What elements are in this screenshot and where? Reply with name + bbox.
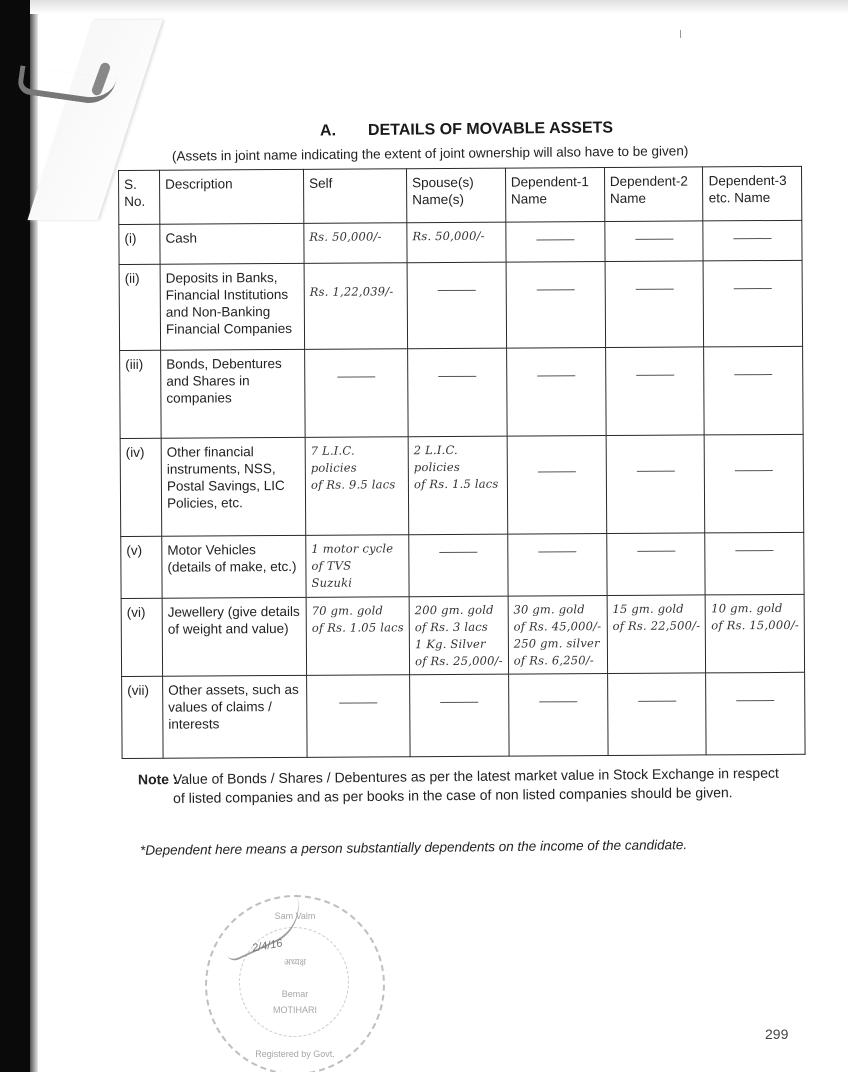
self-value: 1 motor cycle of TVS Suzuki [306, 535, 409, 598]
table-row: (iii) Bonds, Debentures and Shares in co… [120, 346, 804, 438]
section-heading: A.DETAILS OF MOVABLE ASSETS [320, 119, 613, 140]
dep1-value [506, 262, 606, 349]
dep2-value [607, 673, 706, 756]
stamp-line: MOTIHARI [207, 1005, 383, 1015]
nil-dash [737, 700, 775, 701]
dep1-value [507, 534, 606, 597]
dep3-value [704, 260, 803, 347]
hand-line: 2 L.I.C. [414, 442, 502, 460]
row-description: Motor Vehicles (details of make, etc.) [162, 535, 306, 598]
page-number: 299 [765, 1026, 788, 1042]
row-description: Other assets, such as values of claims /… [163, 675, 307, 758]
stamp-line: Bemar [207, 989, 383, 999]
dep3-value [706, 672, 805, 755]
hand-line: 1 Kg. Silver [415, 636, 503, 654]
dep2-value [605, 347, 704, 436]
self-value [305, 349, 409, 438]
spouse-value: 2 L.I.C. policies of Rs. 1.5 lacs [408, 436, 507, 535]
hand-line: of TVS [311, 557, 403, 575]
nil-dash [635, 289, 673, 290]
scan-mark [680, 30, 681, 38]
section-subtitle: (Assets in joint name indicating the ext… [172, 143, 688, 163]
dep1-value [508, 674, 607, 757]
scan-dark-edge [0, 0, 30, 1072]
hand-line: of Rs. 3 lacs [415, 619, 503, 637]
row-sno: (ii) [119, 264, 161, 350]
hand-line: 70 gm. gold [312, 602, 404, 620]
nil-dash [734, 238, 772, 239]
header-dependent-3: Dependent-3 etc. Name [703, 166, 802, 221]
table-row: (ii) Deposits in Banks, Financial Instit… [119, 260, 803, 350]
nil-dash [440, 702, 478, 703]
hand-line: of Rs. 15,000/- [711, 617, 799, 635]
hand-line: 1 motor cycle [311, 540, 403, 558]
self-value: 70 gm. gold of Rs. 1.05 lacs [306, 597, 410, 676]
nil-dash [537, 375, 575, 376]
row-sno: (iii) [120, 350, 162, 438]
hand-line: Suzuki [311, 574, 403, 592]
nil-dash [735, 470, 773, 471]
hand-line: 15 gm. gold [612, 600, 700, 618]
nil-dash [635, 239, 673, 240]
spouse-value [410, 674, 509, 757]
note-label: Note : [138, 771, 178, 787]
nil-dash [636, 375, 674, 376]
dep1-value [507, 436, 607, 535]
nil-dash [638, 701, 676, 702]
row-sno: (i) [119, 224, 160, 264]
dep1-value [506, 222, 605, 263]
hand-line: policies [414, 459, 502, 477]
dep3-value [704, 346, 803, 435]
dep2-value: 15 gm. gold of Rs. 22,500/- [607, 595, 706, 674]
table-row: (vii) Other assets, such as values of cl… [122, 672, 806, 758]
dep2-value [606, 435, 705, 534]
dep2-value [605, 261, 704, 348]
nil-dash [537, 289, 575, 290]
nil-dash [339, 702, 377, 703]
dep3-value [705, 532, 804, 595]
scan-top-shadow [30, 0, 848, 14]
row-description: Other financial instruments, NSS, Postal… [161, 437, 306, 536]
nil-dash [439, 552, 477, 553]
row-sno: (vii) [122, 676, 164, 758]
spouse-value: Rs. 50,000/- [407, 222, 506, 263]
self-value: 7 L.I.C. policies of Rs. 9.5 lacs [305, 437, 409, 536]
header-spouse: Spouse(s) Name(s) [407, 168, 506, 223]
hand-line: of Rs. 9.5 lacs [311, 476, 403, 494]
nil-dash [735, 374, 773, 375]
row-description: Bonds, Debentures and Shares in companie… [161, 349, 306, 438]
dep2-value [606, 533, 705, 596]
hand-line: 30 gm. gold [513, 601, 601, 619]
nil-dash [636, 471, 674, 472]
dep3-value: 10 gm. gold of Rs. 15,000/- [706, 594, 805, 673]
dep2-value [605, 221, 704, 262]
row-sno: (vi) [121, 598, 162, 676]
dep3-value [703, 220, 802, 261]
dep3-value [705, 434, 804, 533]
hand-line: of Rs. 1.05 lacs [312, 619, 404, 637]
table-row: (vi) Jewellery (give details of weight a… [121, 594, 805, 676]
hand-line: of Rs. 6,250/- [514, 652, 602, 670]
spouse-value [407, 262, 506, 349]
nil-dash [538, 551, 576, 552]
spouse-value [408, 348, 507, 437]
hand-line: of Rs. 1.5 lacs [414, 476, 502, 494]
hand-line: of Rs. 25,000/- [415, 653, 503, 671]
self-value: Rs. 1,22,039/- [304, 263, 408, 350]
movable-assets-table: S. No. Description Self Spouse(s) Name(s… [118, 166, 806, 759]
nil-dash [736, 550, 774, 551]
table-row: (iv) Other financial instruments, NSS, P… [120, 434, 804, 536]
nil-dash [438, 376, 476, 377]
self-value [307, 675, 411, 758]
dependent-footnote: *Dependent here means a person substanti… [140, 837, 687, 858]
header-dependent-1: Dependent-1 Name [505, 168, 604, 223]
dep1-value: 30 gm. gold of Rs. 45,000/- 250 gm. silv… [508, 596, 607, 675]
scan-edge-shadow [30, 0, 38, 1072]
section-title: DETAILS OF MOVABLE ASSETS [368, 119, 613, 139]
nil-dash [539, 701, 577, 702]
row-sno: (iv) [120, 438, 162, 536]
hand-line: 200 gm. gold [415, 602, 503, 620]
spouse-value: 200 gm. gold of Rs. 3 lacs 1 Kg. Silver … [409, 596, 508, 675]
section-letter: A. [320, 122, 368, 141]
nil-dash [438, 290, 476, 291]
hand-line: of Rs. 45,000/- [514, 618, 602, 636]
table-row: (i) Cash Rs. 50,000/- Rs. 50,000/- [119, 220, 802, 264]
note-block: Note : Value of Bonds / Shares / Debentu… [138, 764, 788, 809]
header-dependent-2: Dependent-2 Name [604, 167, 703, 222]
hand-line: 250 gm. silver [514, 635, 602, 653]
hand-line: policies [311, 459, 403, 477]
table-header-row: S. No. Description Self Spouse(s) Name(s… [119, 166, 803, 224]
nil-dash [538, 471, 576, 472]
nil-dash [337, 376, 375, 377]
table-row: (v) Motor Vehicles (details of make, etc… [121, 532, 805, 598]
row-description: Cash [160, 223, 304, 264]
row-description: Deposits in Banks, Financial Institution… [160, 263, 305, 350]
header-description: Description [160, 169, 304, 224]
row-sno: (v) [121, 536, 162, 598]
header-sno: S. No. [119, 170, 160, 224]
note-text: Value of Bonds / Shares / Debentures as … [138, 764, 788, 809]
hand-line: 10 gm. gold [711, 600, 799, 618]
row-description: Jewellery (give details of weight and va… [162, 597, 306, 676]
dep1-value [506, 348, 606, 437]
nil-dash [637, 551, 675, 552]
nil-dash [734, 288, 772, 289]
hand-line: 7 L.I.C. [311, 442, 403, 460]
header-self: Self [303, 169, 406, 224]
nil-dash [536, 239, 574, 240]
stamp-bottom-text: Registered by Govt. [207, 1049, 383, 1059]
self-value: Rs. 50,000/- [304, 223, 407, 264]
hand-line: of Rs. 22,500/- [613, 617, 701, 635]
spouse-value [409, 534, 508, 597]
